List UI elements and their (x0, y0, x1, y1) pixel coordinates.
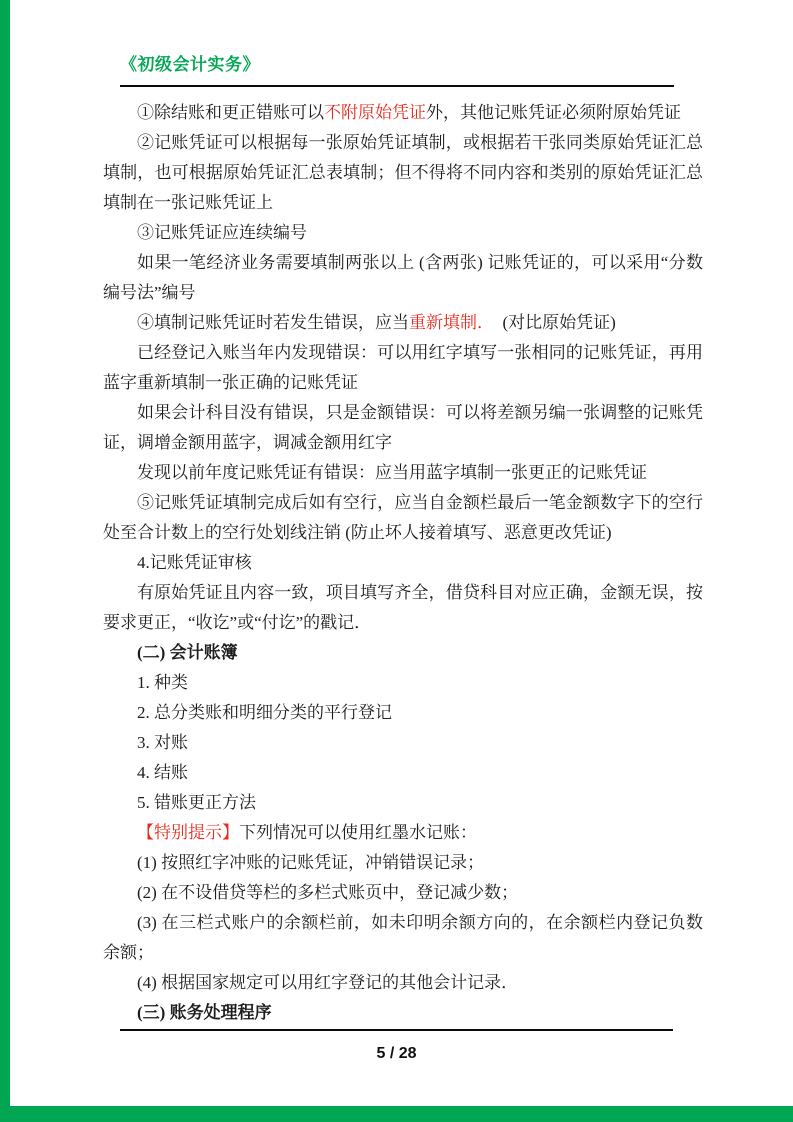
document-header-title: 《初级会计实务》 (120, 50, 260, 75)
page-number: 5 / 28 (0, 1045, 793, 1063)
text-run: 2. 总分类账和明细分类的平行登记 (137, 703, 392, 722)
paragraph: 已经登记入账当年内发现错误：可以用红字填写一张相同的记账凭证，再用蓝字重新填制一… (103, 338, 703, 398)
paragraph: 4. 结账 (103, 758, 703, 788)
paragraph: 如果会计科目没有错误，只是金额错误：可以将差额另编一张调整的记账凭证，调增金额用… (103, 398, 703, 458)
text-run: ③记账凭证应连续编号 (137, 223, 307, 242)
paragraph: (4) 根据国家规定可以用红字登记的其他会计记录． (103, 968, 703, 998)
paragraph: (二) 会计账簿 (103, 638, 703, 668)
paragraph: 【特别提示】下列情况可以使用红墨水记账： (103, 818, 703, 848)
text-run: (三) 账务处理程序 (137, 1003, 272, 1022)
paragraph: (1) 按照红字冲账的记账凭证，冲销错误记录； (103, 848, 703, 878)
text-run: 下列情况可以使用红墨水记账： (239, 823, 477, 842)
highlighted-text-run: 不附原始凭证 (324, 103, 426, 122)
paragraph: ⑤记账凭证填制完成后如有空行，应当自金额栏最后一笔金额数字下的空行处至合计数上的… (103, 488, 703, 548)
paragraph: 1. 种类 (103, 668, 703, 698)
paragraph: 5. 错账更正方法 (103, 788, 703, 818)
paragraph: 2. 总分类账和明细分类的平行登记 (103, 698, 703, 728)
text-run: (二) 会计账簿 (137, 643, 238, 662)
paragraph: (2) 在不设借贷等栏的多栏式账页中，登记减少数； (103, 878, 703, 908)
text-run: (2) 在不设借贷等栏的多栏式账页中，登记减少数； (137, 883, 518, 902)
text-run: (3) 在三栏式账户的余额栏前，如未印明余额方向的，在余额栏内登记负数余额； (103, 913, 703, 962)
left-accent-border (0, 0, 10, 1122)
text-run: 3. 对账 (137, 733, 188, 752)
text-run: 已经登记入账当年内发现错误：可以用红字填写一张相同的记账凭证，再用蓝字重新填制一… (103, 343, 703, 392)
highlighted-text-run: 【特别提示】 (137, 823, 239, 842)
text-run: ⑤记账凭证填制完成后如有空行，应当自金额栏最后一笔金额数字下的空行处至合计数上的… (103, 493, 703, 542)
paragraph: 发现以前年度记账凭证有错误：应当用蓝字填制一张更正的记账凭证 (103, 458, 703, 488)
text-run: 如果会计科目没有错误，只是金额错误：可以将差额另编一张调整的记账凭证，调增金额用… (103, 403, 703, 452)
text-run: ④填制记账凭证时若发生错误，应当 (137, 313, 409, 332)
text-run: ②记账凭证可以根据每一张原始凭证填制，或根据若干张同类原始凭证汇总填制，也可根据… (103, 133, 703, 212)
paragraph: 有原始凭证且内容一致，项目填写齐全，借贷科目对应正确，金额无误，按要求更正，“收… (103, 578, 703, 638)
text-run: 有原始凭证且内容一致，项目填写齐全，借贷科目对应正确，金额无误，按要求更正，“收… (103, 583, 703, 632)
highlighted-text-run: 重新填制． (409, 313, 486, 332)
paragraph: ②记账凭证可以根据每一张原始凭证填制，或根据若干张同类原始凭证汇总填制，也可根据… (103, 128, 703, 218)
text-run: 外，其他记账凭证必须附原始凭证 (426, 103, 681, 122)
text-run: 5. 错账更正方法 (137, 793, 256, 812)
bottom-accent-border (0, 1106, 793, 1122)
paragraph: (3) 在三栏式账户的余额栏前，如未印明余额方向的，在余额栏内登记负数余额； (103, 908, 703, 968)
text-run: 发现以前年度记账凭证有错误：应当用蓝字填制一张更正的记账凭证 (137, 463, 647, 482)
header-divider-rule (120, 85, 674, 87)
document-page: 《初级会计实务》 ①除结账和更正错账可以不附原始凭证外，其他记账凭证必须附原始凭… (0, 0, 793, 1122)
text-run: ①除结账和更正错账可以 (137, 103, 324, 122)
paragraph: ③记账凭证应连续编号 (103, 218, 703, 248)
text-run: 如果一笔经济业务需要填制两张以上 (含两张) 记账凭证的，可以采用“分数编号法”… (103, 253, 703, 302)
paragraph: ①除结账和更正错账可以不附原始凭证外，其他记账凭证必须附原始凭证 (103, 98, 703, 128)
paragraph: 4.记账凭证审核 (103, 548, 703, 578)
paragraph: (三) 账务处理程序 (103, 998, 703, 1028)
footer-divider-rule (120, 1029, 673, 1031)
paragraph: 如果一笔经济业务需要填制两张以上 (含两张) 记账凭证的，可以采用“分数编号法”… (103, 248, 703, 308)
text-run: (1) 按照红字冲账的记账凭证，冲销错误记录； (137, 853, 484, 872)
document-body: ①除结账和更正错账可以不附原始凭证外，其他记账凭证必须附原始凭证②记账凭证可以根… (103, 98, 703, 1028)
paragraph: ④填制记账凭证时若发生错误，应当重新填制． (对比原始凭证) (103, 308, 703, 338)
text-run: (对比原始凭证) (486, 313, 616, 332)
text-run: 4. 结账 (137, 763, 188, 782)
text-run: 1. 种类 (137, 673, 188, 692)
text-run: 4.记账凭证审核 (137, 553, 252, 572)
text-run: (4) 根据国家规定可以用红字登记的其他会计记录． (137, 973, 518, 992)
paragraph: 3. 对账 (103, 728, 703, 758)
